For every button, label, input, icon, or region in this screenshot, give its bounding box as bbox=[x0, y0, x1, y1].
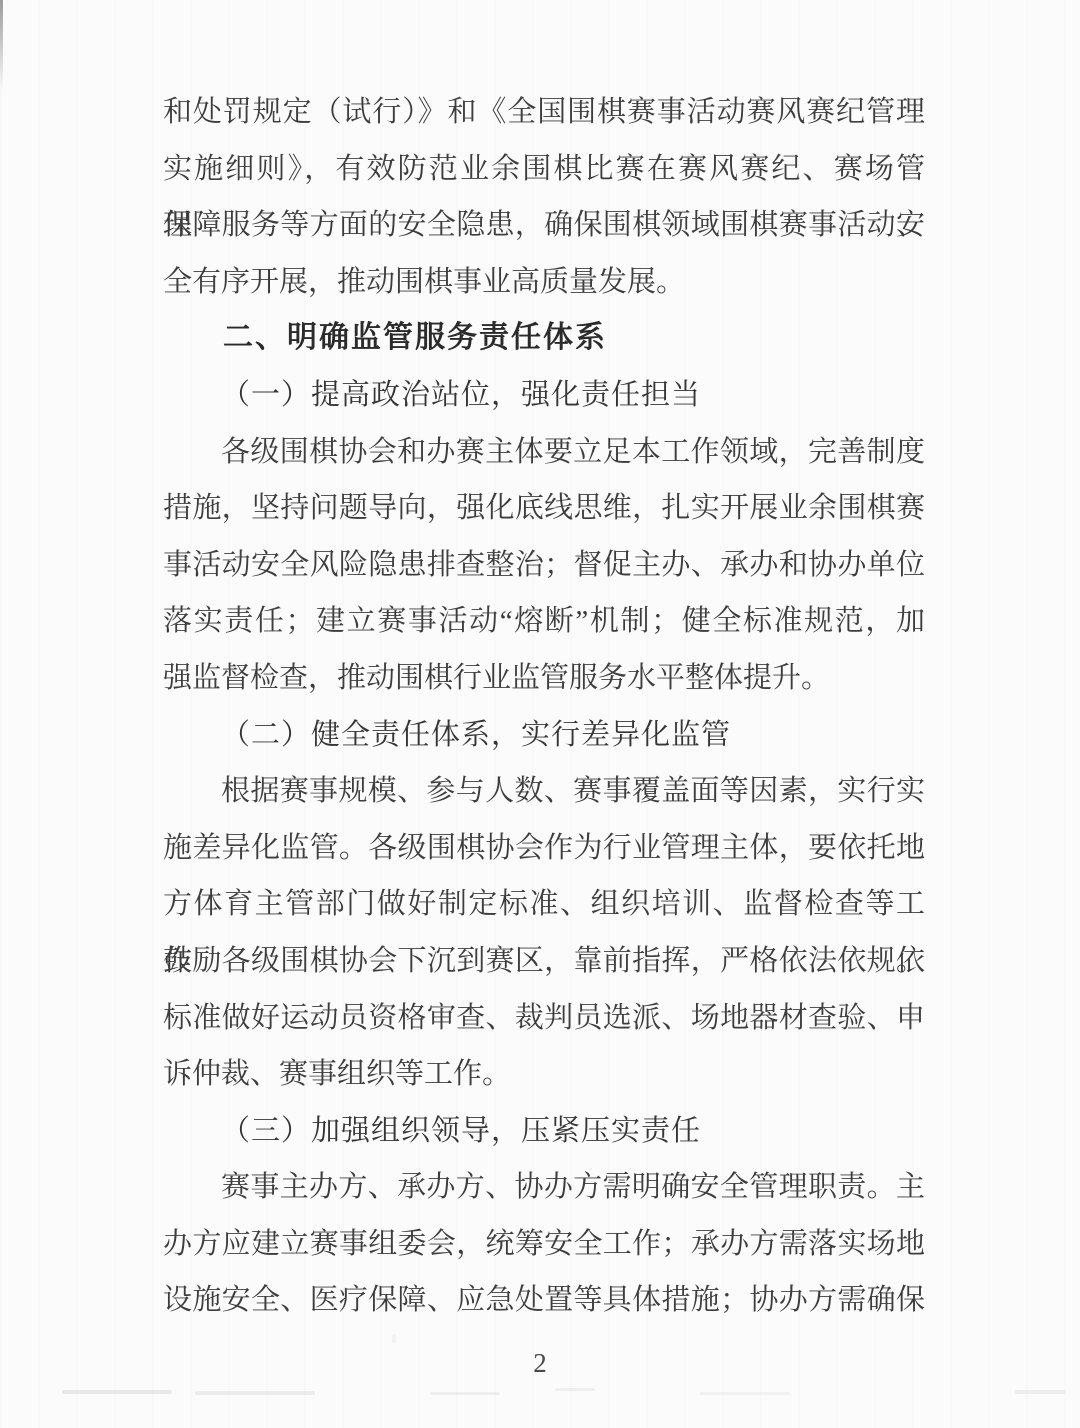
page-number: 2 bbox=[533, 1348, 547, 1378]
text-line: 诉仲裁、赛事组织等工作。 bbox=[163, 1046, 925, 1103]
text-line: 施差异化监管。各级围棋协会作为行业管理主体，要依托地 bbox=[163, 820, 925, 877]
scan-edge-artifact bbox=[0, 0, 3, 90]
section-heading: 二、明确监管服务责任体系 bbox=[163, 310, 925, 367]
scan-noise-artifact bbox=[62, 1390, 172, 1394]
text-line: 各级围棋协会和办赛主体要立足本工作领域，完善制度 bbox=[163, 424, 925, 481]
text-line: 根据赛事规模、参与人数、赛事覆盖面等因素，实行实 bbox=[163, 763, 925, 820]
scan-noise-artifact bbox=[555, 1388, 595, 1391]
text-line: 措施，坚持问题导向，强化底线思维，扎实开展业余围棋赛 bbox=[163, 480, 925, 537]
text-line: 全有序开展，推动围棋事业高质量发展。 bbox=[163, 254, 925, 311]
text-line: 落实责任；建立赛事活动“熔断”机制；健全标准规范，加 bbox=[163, 593, 925, 650]
text-line: 鼓励各级围棋协会下沉到赛区，靠前指挥，严格依法依规依 bbox=[163, 933, 925, 990]
scan-noise-artifact bbox=[700, 1392, 790, 1395]
document-body: 和处罚规定（试行）》和《全国围棋赛事活动赛风赛纪管理 实施细则》，有效防范业余围… bbox=[163, 84, 925, 1329]
text-line: 方体育主管部门做好制定标准、组织培训、监督检查等工作。 bbox=[163, 876, 925, 933]
text-line: 实施细则》，有效防范业余围棋比赛在赛风赛纪、赛场管理、 bbox=[163, 141, 925, 198]
text-line: 标准做好运动员资格审查、裁判员选派、场地器材查验、申 bbox=[163, 990, 925, 1047]
page-footer: 2 bbox=[0, 1348, 1080, 1379]
scan-noise-artifact bbox=[1015, 1390, 1065, 1394]
text-line: 设施安全、医疗保障、应急处置等具体措施；协办方需确保 bbox=[163, 1272, 925, 1329]
text-line: 事活动安全风险隐患排查整治；督促主办、承办和协办单位 bbox=[163, 537, 925, 594]
subsection-heading-2: （二）健全责任体系，实行差异化监管 bbox=[163, 707, 925, 764]
text-line: 强监督检查，推动围棋行业监管服务水平整体提升。 bbox=[163, 650, 925, 707]
subsection-heading-1: （一）提高政治站位，强化责任担当 bbox=[163, 367, 925, 424]
scan-noise-artifact bbox=[195, 1391, 315, 1395]
text-line: 保障服务等方面的安全隐患，确保围棋领域围棋赛事活动安 bbox=[163, 197, 925, 254]
scan-noise-artifact bbox=[392, 1334, 396, 1343]
subsection-heading-3: （三）加强组织领导，压紧压实责任 bbox=[163, 1103, 925, 1160]
scanned-document-page: 和处罚规定（试行）》和《全国围棋赛事活动赛风赛纪管理 实施细则》，有效防范业余围… bbox=[0, 0, 1080, 1428]
text-line: 办方应建立赛事组委会，统筹安全工作；承办方需落实场地 bbox=[163, 1216, 925, 1273]
scan-noise-artifact bbox=[430, 1392, 500, 1395]
text-line: 赛事主办方、承办方、协办方需明确安全管理职责。主 bbox=[163, 1159, 925, 1216]
text-line: 和处罚规定（试行）》和《全国围棋赛事活动赛风赛纪管理 bbox=[163, 84, 925, 141]
